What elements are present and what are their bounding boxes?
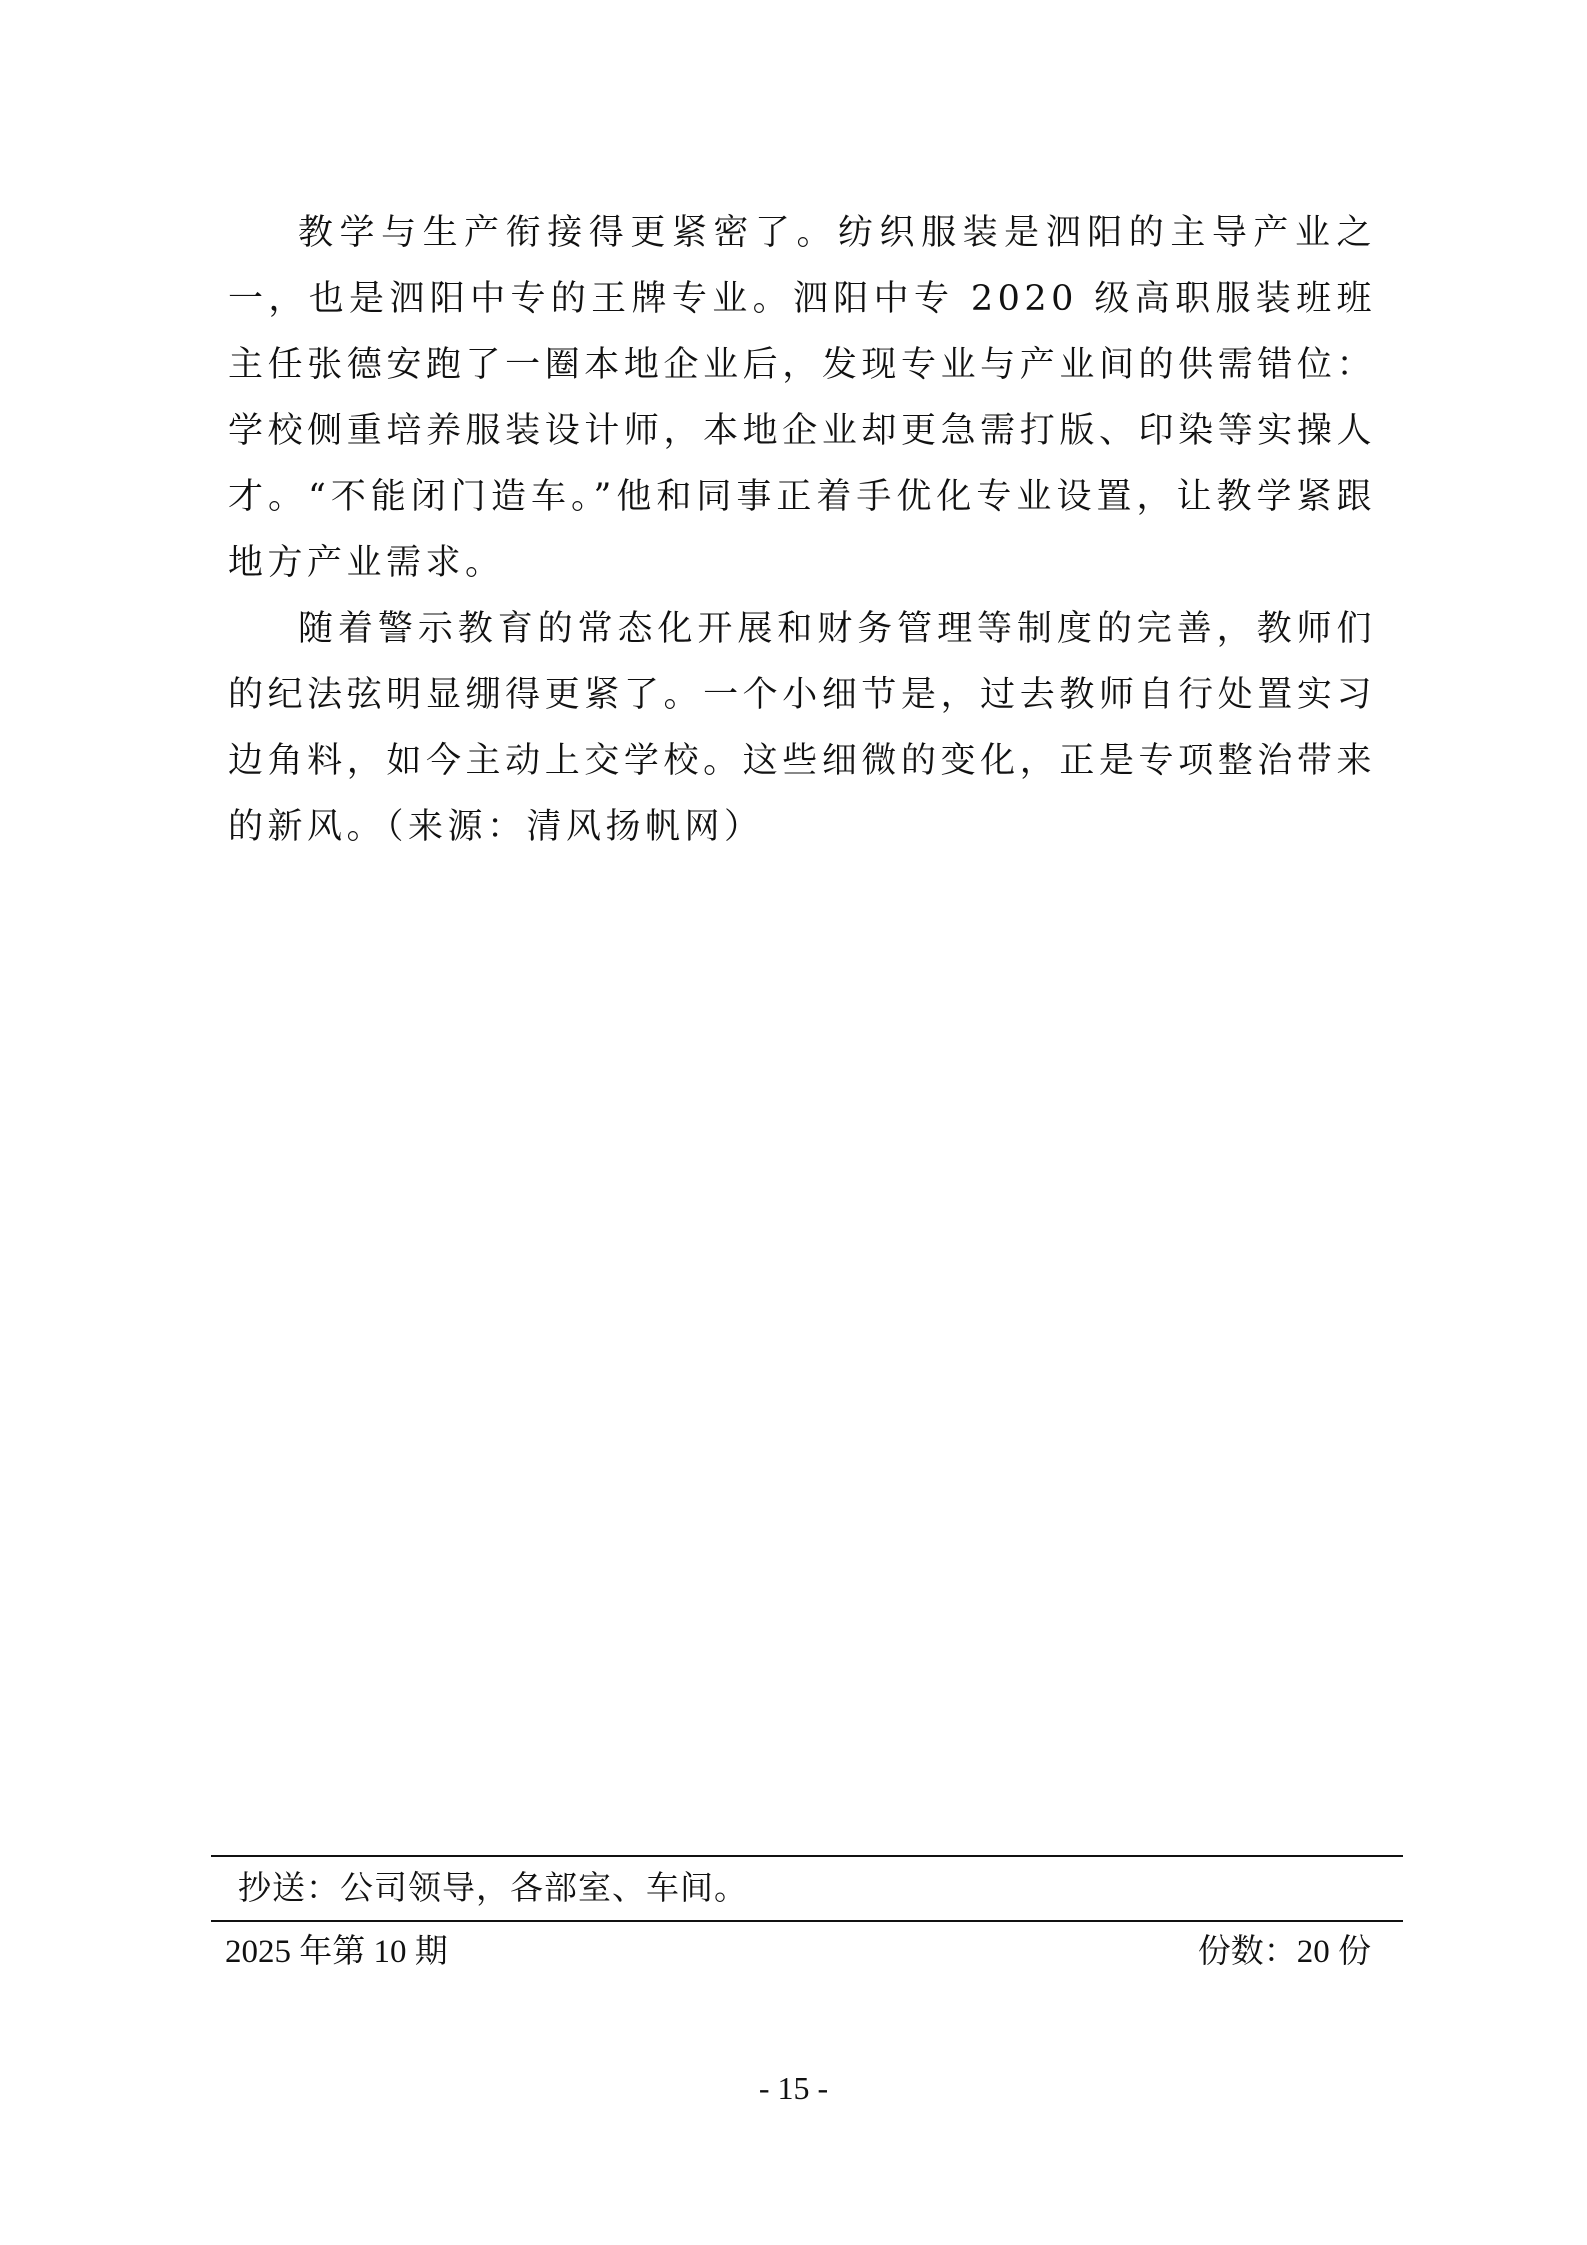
footer-bottom-rule <box>211 1920 1403 1922</box>
article-body: 教学与生产衔接得更紧密了。纺织服装是泗阳的主导产业之一，也是泗阳中专的王牌专业。… <box>228 200 1376 860</box>
page-number: - 15 - <box>0 2066 1587 2110</box>
paragraph-teaching-production: 教学与生产衔接得更紧密了。纺织服装是泗阳的主导产业之一，也是泗阳中专的王牌专业。… <box>228 200 1376 596</box>
cc-recipients: 抄送：公司领导，各部室、车间。 <box>238 1862 748 1914</box>
footer-top-rule <box>211 1855 1403 1857</box>
paragraph-discipline-education: 随着警示教育的常态化开展和财务管理等制度的完善，教师们的纪法弦明显绷得更紧了。一… <box>228 596 1376 860</box>
issue-number: 2025 年第 10 期 <box>225 1926 448 1978</box>
copies-count: 份数：20 份 <box>1198 1926 1371 1978</box>
